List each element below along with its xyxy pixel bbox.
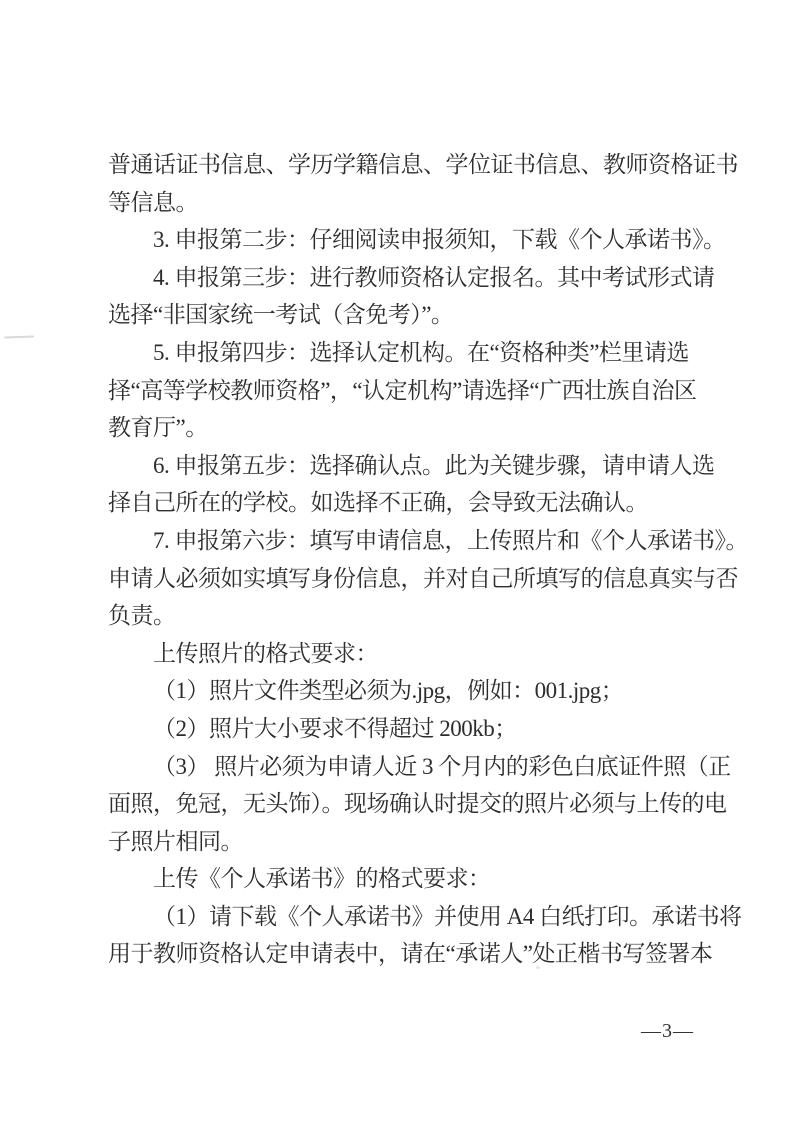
text-line: 普通话证书信息、学历学籍信息、学位证书信息、教师资格证书: [108, 146, 716, 184]
text-line: 4. 申报第三步：进行教师资格认定报名。其中考试形式请: [108, 259, 716, 297]
text-line: 选择“非国家统一考试（含免考）”。: [108, 296, 716, 334]
text-line: 3. 申报第二步：仔细阅读申报须知，下载《个人承诺书》。: [108, 221, 716, 259]
text-line: （2）照片大小要求不得超过 200kb；: [108, 710, 716, 748]
text-line: 负责。: [108, 597, 716, 635]
text-line: 子照片相同。: [108, 823, 716, 861]
text-line: 6. 申报第五步：选择确认点。此为关键步骤，请申请人选: [108, 447, 716, 485]
text-line: 择“高等学校教师资格”，“认定机构”请选择“广西壮族自治区: [108, 372, 716, 410]
text-line: （3） 照片必须为申请人近 3 个月内的彩色白底证件照（正: [108, 748, 716, 786]
text-line: 用于教师资格认定申请表中，请在“承诺人”处正楷书写签署本: [108, 935, 716, 973]
text-line: 择自己所在的学校。如选择不正确，会导致无法确认。: [108, 484, 716, 522]
page-number: —3—: [641, 1020, 694, 1043]
text-line: 面照，免冠，无头饰）。现场确认时提交的照片必须与上传的电: [108, 785, 716, 823]
text-line: 申请人必须如实填写身份信息，并对自己所填写的信息真实与否: [108, 560, 716, 598]
text-line: （1）请下载《个人承诺书》并使用 A4 白纸打印。承诺书将: [108, 898, 716, 936]
text-line: 上传《个人承诺书》的格式要求：: [108, 860, 716, 898]
document-body: 普通话证书信息、学历学籍信息、学位证书信息、教师资格证书 等信息。 3. 申报第…: [108, 146, 716, 973]
document-page: 普通话证书信息、学历学籍信息、学位证书信息、教师资格证书 等信息。 3. 申报第…: [0, 0, 794, 1121]
text-line: 5. 申报第四步：选择认定机构。在“资格种类”栏里请选: [108, 334, 716, 372]
scan-artifact-mark: [4, 335, 34, 338]
text-line: 7. 申报第六步：填写申请信息，上传照片和《个人承诺书》。: [108, 522, 716, 560]
text-line: 教育厅”。: [108, 409, 716, 447]
text-line: 上传照片的格式要求：: [108, 635, 716, 673]
text-line: （1）照片文件类型必须为.jpg，例如：001.jpg；: [108, 672, 716, 710]
text-line: 等信息。: [108, 184, 716, 222]
